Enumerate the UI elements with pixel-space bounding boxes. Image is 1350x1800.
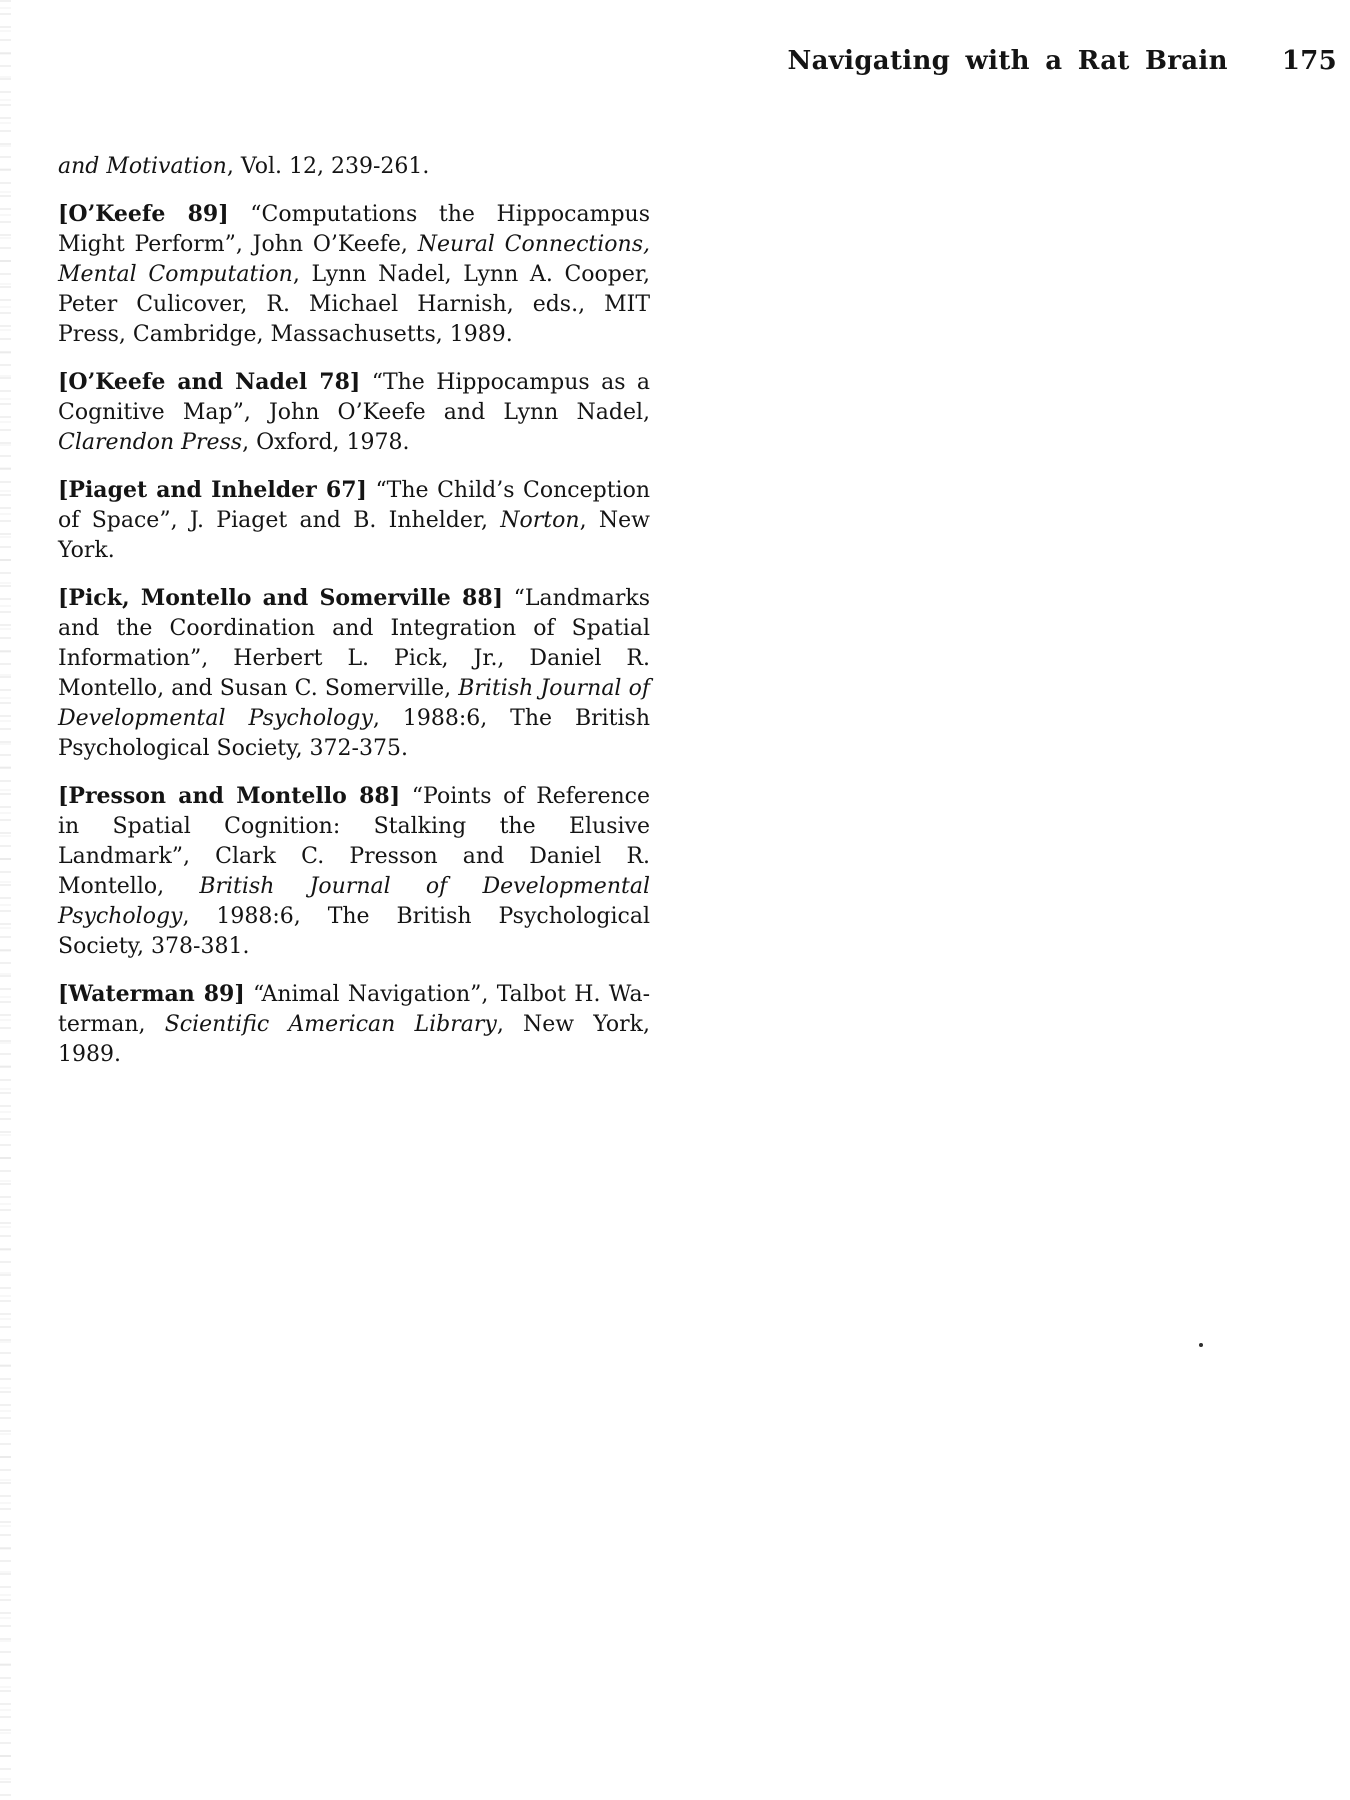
scan-noise-left-edge	[0, 0, 11, 1800]
reference-entry: [Pick, Montello and Somerville 88] “Land…	[58, 583, 650, 764]
reference-run-bold: [O’Keefe and Nadel 78]	[58, 369, 360, 395]
running-head-title: Navigating with a Rat Brain	[788, 46, 1228, 76]
page-header: Navigating with a Rat Brain 175	[0, 46, 1337, 76]
reference-run-bold: [Presson and Montello 88]	[58, 783, 400, 809]
reference-entry: and Motivation, Vol. 12, 239-261.	[58, 152, 650, 182]
reference-run-italic: Scientific American Library	[165, 1012, 497, 1037]
reference-run-bold: [Waterman 89]	[58, 981, 245, 1007]
reference-run-italic: Norton	[500, 508, 579, 533]
references-list: and Motivation, Vol. 12, 239-261.[O’Keef…	[58, 152, 650, 1070]
reference-run-italic: Clarendon Press	[58, 430, 242, 455]
reference-entry: [O’Keefe and Nadel 78] “The Hippocampus …	[58, 367, 650, 458]
reference-entry: [Presson and Montello 88] “Points of Ref…	[58, 781, 650, 962]
reference-run-bold: [Pick, Montello and Somerville 88]	[58, 585, 503, 611]
references-column: and Motivation, Vol. 12, 239-261.[O’Keef…	[58, 152, 650, 1070]
reference-run-bold: [Piaget and Inhelder 67]	[58, 477, 367, 503]
reference-entry: [O’Keefe 89] “Computations the Hippocamp…	[58, 199, 650, 350]
reference-run-normal: , Vol. 12, 239-261.	[227, 154, 430, 179]
reference-run-italic: and Motivation	[58, 154, 227, 179]
ink-speck	[1199, 1343, 1203, 1347]
page-number: 175	[1282, 46, 1337, 76]
reference-entry: [Waterman 89] “Animal Navigation”, Talbo…	[58, 979, 650, 1070]
reference-run-normal: , Oxford, 1978.	[242, 430, 409, 455]
reference-run-bold: [O’Keefe 89]	[58, 201, 229, 227]
reference-entry: [Piaget and Inhelder 67] “The Child’s Co…	[58, 475, 650, 566]
